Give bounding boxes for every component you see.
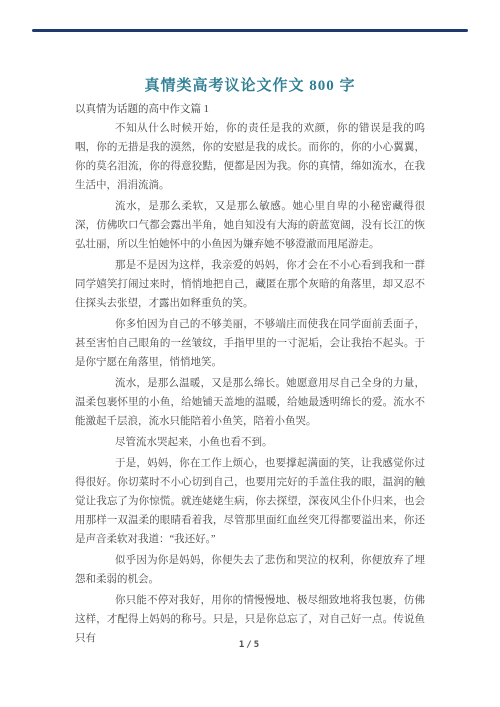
essay-paragraph: 尽管流水哭起来，小鱼也看不到。 xyxy=(75,433,425,452)
top-divider-line xyxy=(32,29,468,32)
essay-paragraph: 于是，妈妈，你在工作上烦心，也要撑起满面的笑，让我感觉你过得很好。你切菜时不小心… xyxy=(75,454,425,549)
page-indicator: 1/5 xyxy=(0,640,500,650)
essay-paragraph: 不知从什么时候开始，你的责任是我的欢颜，你的错误是我的呜咽，你的无措是我的漠然，… xyxy=(75,119,425,195)
essay-paragraph: 你多怕因为自己的不够美丽，不够端庄而使我在同学面前丢面子，甚至害怕自己眼角的一丝… xyxy=(75,315,425,372)
essay-paragraph: 流水，是那么温暖，又是那么绵长。她愿意用尽自己全身的力量，温柔包裹怀里的小鱼，给… xyxy=(75,374,425,431)
essay-paragraph: 似乎因为你是妈妈，你便失去了悲伤和哭泣的权利，你便放弃了埋怨和柔弱的机会。 xyxy=(75,551,425,589)
essay-paragraph: 流水，是那么柔软，又是那么敏感。她心里自卑的小秘密藏得很深，仿佛吹口气都会露出半… xyxy=(75,197,425,254)
essay-title: 真情类高考议论文作文 800 字 xyxy=(0,74,500,95)
essay-body: 不知从什么时候开始，你的责任是我的欢颜，你的错误是我的呜咽，你的无措是我的漠然，… xyxy=(75,119,425,650)
document-page: 真情类高考议论文作文 800 字 以真情为话题的高中作文篇 1 不知从什么时候开… xyxy=(0,0,500,707)
essay-paragraph: 那是不是因为这样，我亲爱的妈妈，你才会在不小心看到我和一群同学嬉笑打闹过来时，悄… xyxy=(75,256,425,313)
essay-subtitle: 以真情为话题的高中作文篇 1 xyxy=(75,101,425,116)
